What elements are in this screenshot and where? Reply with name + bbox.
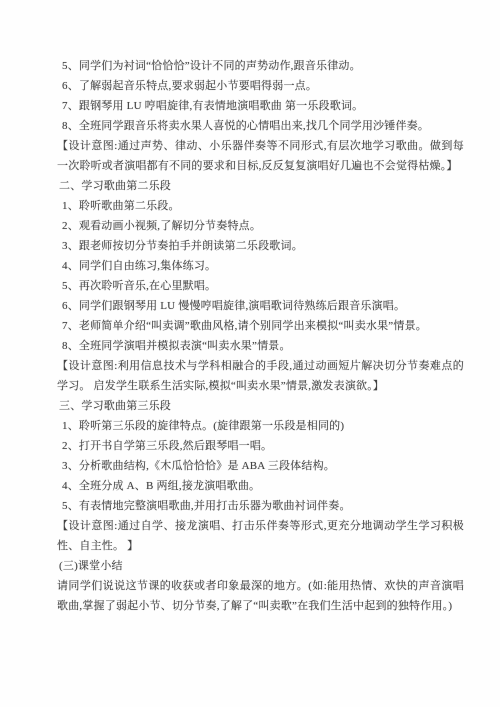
- lesson-step: 5、同学们为衬词“恰恰恰”设计不同的声势动作,跟音乐律动。: [57, 56, 464, 76]
- section-heading: (三)课堂小结: [57, 556, 464, 576]
- lesson-step: 8、全班同学跟音乐将卖水果人喜悦的心情唱出来,找几个同学用沙锤伴奏。: [57, 116, 464, 136]
- lesson-step: 7、老师简单介绍“叫卖调”歌曲风格,请个别同学出来模拟“叫卖水果”情景。: [57, 316, 464, 336]
- lesson-step: 4、全班分成 A、B 两组,接龙演唱歌曲。: [57, 476, 464, 496]
- lesson-step: 8、全班同学演唱并模拟表演“叫卖水果”情景。: [57, 336, 464, 356]
- lesson-step: 5、再次聆听音乐,在心里默唱。: [57, 276, 464, 296]
- design-intent-note: 【设计意图:利用信息技术与学科相融合的手段,通过动画短片解决切分节奏难点的学习。…: [57, 356, 464, 396]
- document-body: 5、同学们为衬词“恰恰恰”设计不同的声势动作,跟音乐律动。 6、了解弱起音乐特点…: [57, 56, 464, 616]
- lesson-step: 1、聆听歌曲第二乐段。: [57, 196, 464, 216]
- design-intent-note: 【设计意图:通过自学、接龙演唱、打击乐伴奏等形式,更充分地调动学生学习积极性、自…: [57, 516, 464, 556]
- design-intent-note: 【设计意图:通过声势、律动、小乐器伴奏等不同形式,有层次地学习歌曲。做到每一次聆…: [57, 136, 464, 176]
- section-heading: 三、学习歌曲第三乐段: [57, 396, 464, 416]
- lesson-plan-page: 5、同学们为衬词“恰恰恰”设计不同的声势动作,跟音乐律动。 6、了解弱起音乐特点…: [0, 0, 500, 707]
- lesson-step: 2、打开书自学第三乐段,然后跟琴唱一唱。: [57, 436, 464, 456]
- lesson-step: 1、聆听第三乐段的旋律特点。(旋律跟第一乐段是相同的): [57, 416, 464, 436]
- lesson-step: 7、跟钢琴用 LU 哼唱旋律,有表情地演唱歌曲 第一乐段歌词。: [57, 96, 464, 116]
- lesson-step: 3、分析歌曲结构,《木瓜恰恰恰》是 ABA 三段体结构。: [57, 456, 464, 476]
- lesson-step: 6、同学们跟钢琴用 LU 慢慢哼唱旋律,演唱歌词待熟练后跟音乐演唱。: [57, 296, 464, 316]
- lesson-step: 5、有表情地完整演唱歌曲,并用打击乐器为歌曲衬词伴奏。: [57, 496, 464, 516]
- lesson-step: 4、同学们自由练习,集体练习。: [57, 256, 464, 276]
- section-heading: 二、学习歌曲第二乐段: [57, 176, 464, 196]
- summary-paragraph: 请同学们说说这节课的收获或者印象最深的地方。(如:能用热情、欢快的声音演唱歌曲,…: [57, 576, 464, 616]
- lesson-step: 3、跟老师按切分节奏拍手并朗读第二乐段歌词。: [57, 236, 464, 256]
- lesson-step: 2、观看动画小视频,了解切分节奏特点。: [57, 216, 464, 236]
- lesson-step: 6、了解弱起音乐特点,要求弱起小节要唱得弱一点。: [57, 76, 464, 96]
